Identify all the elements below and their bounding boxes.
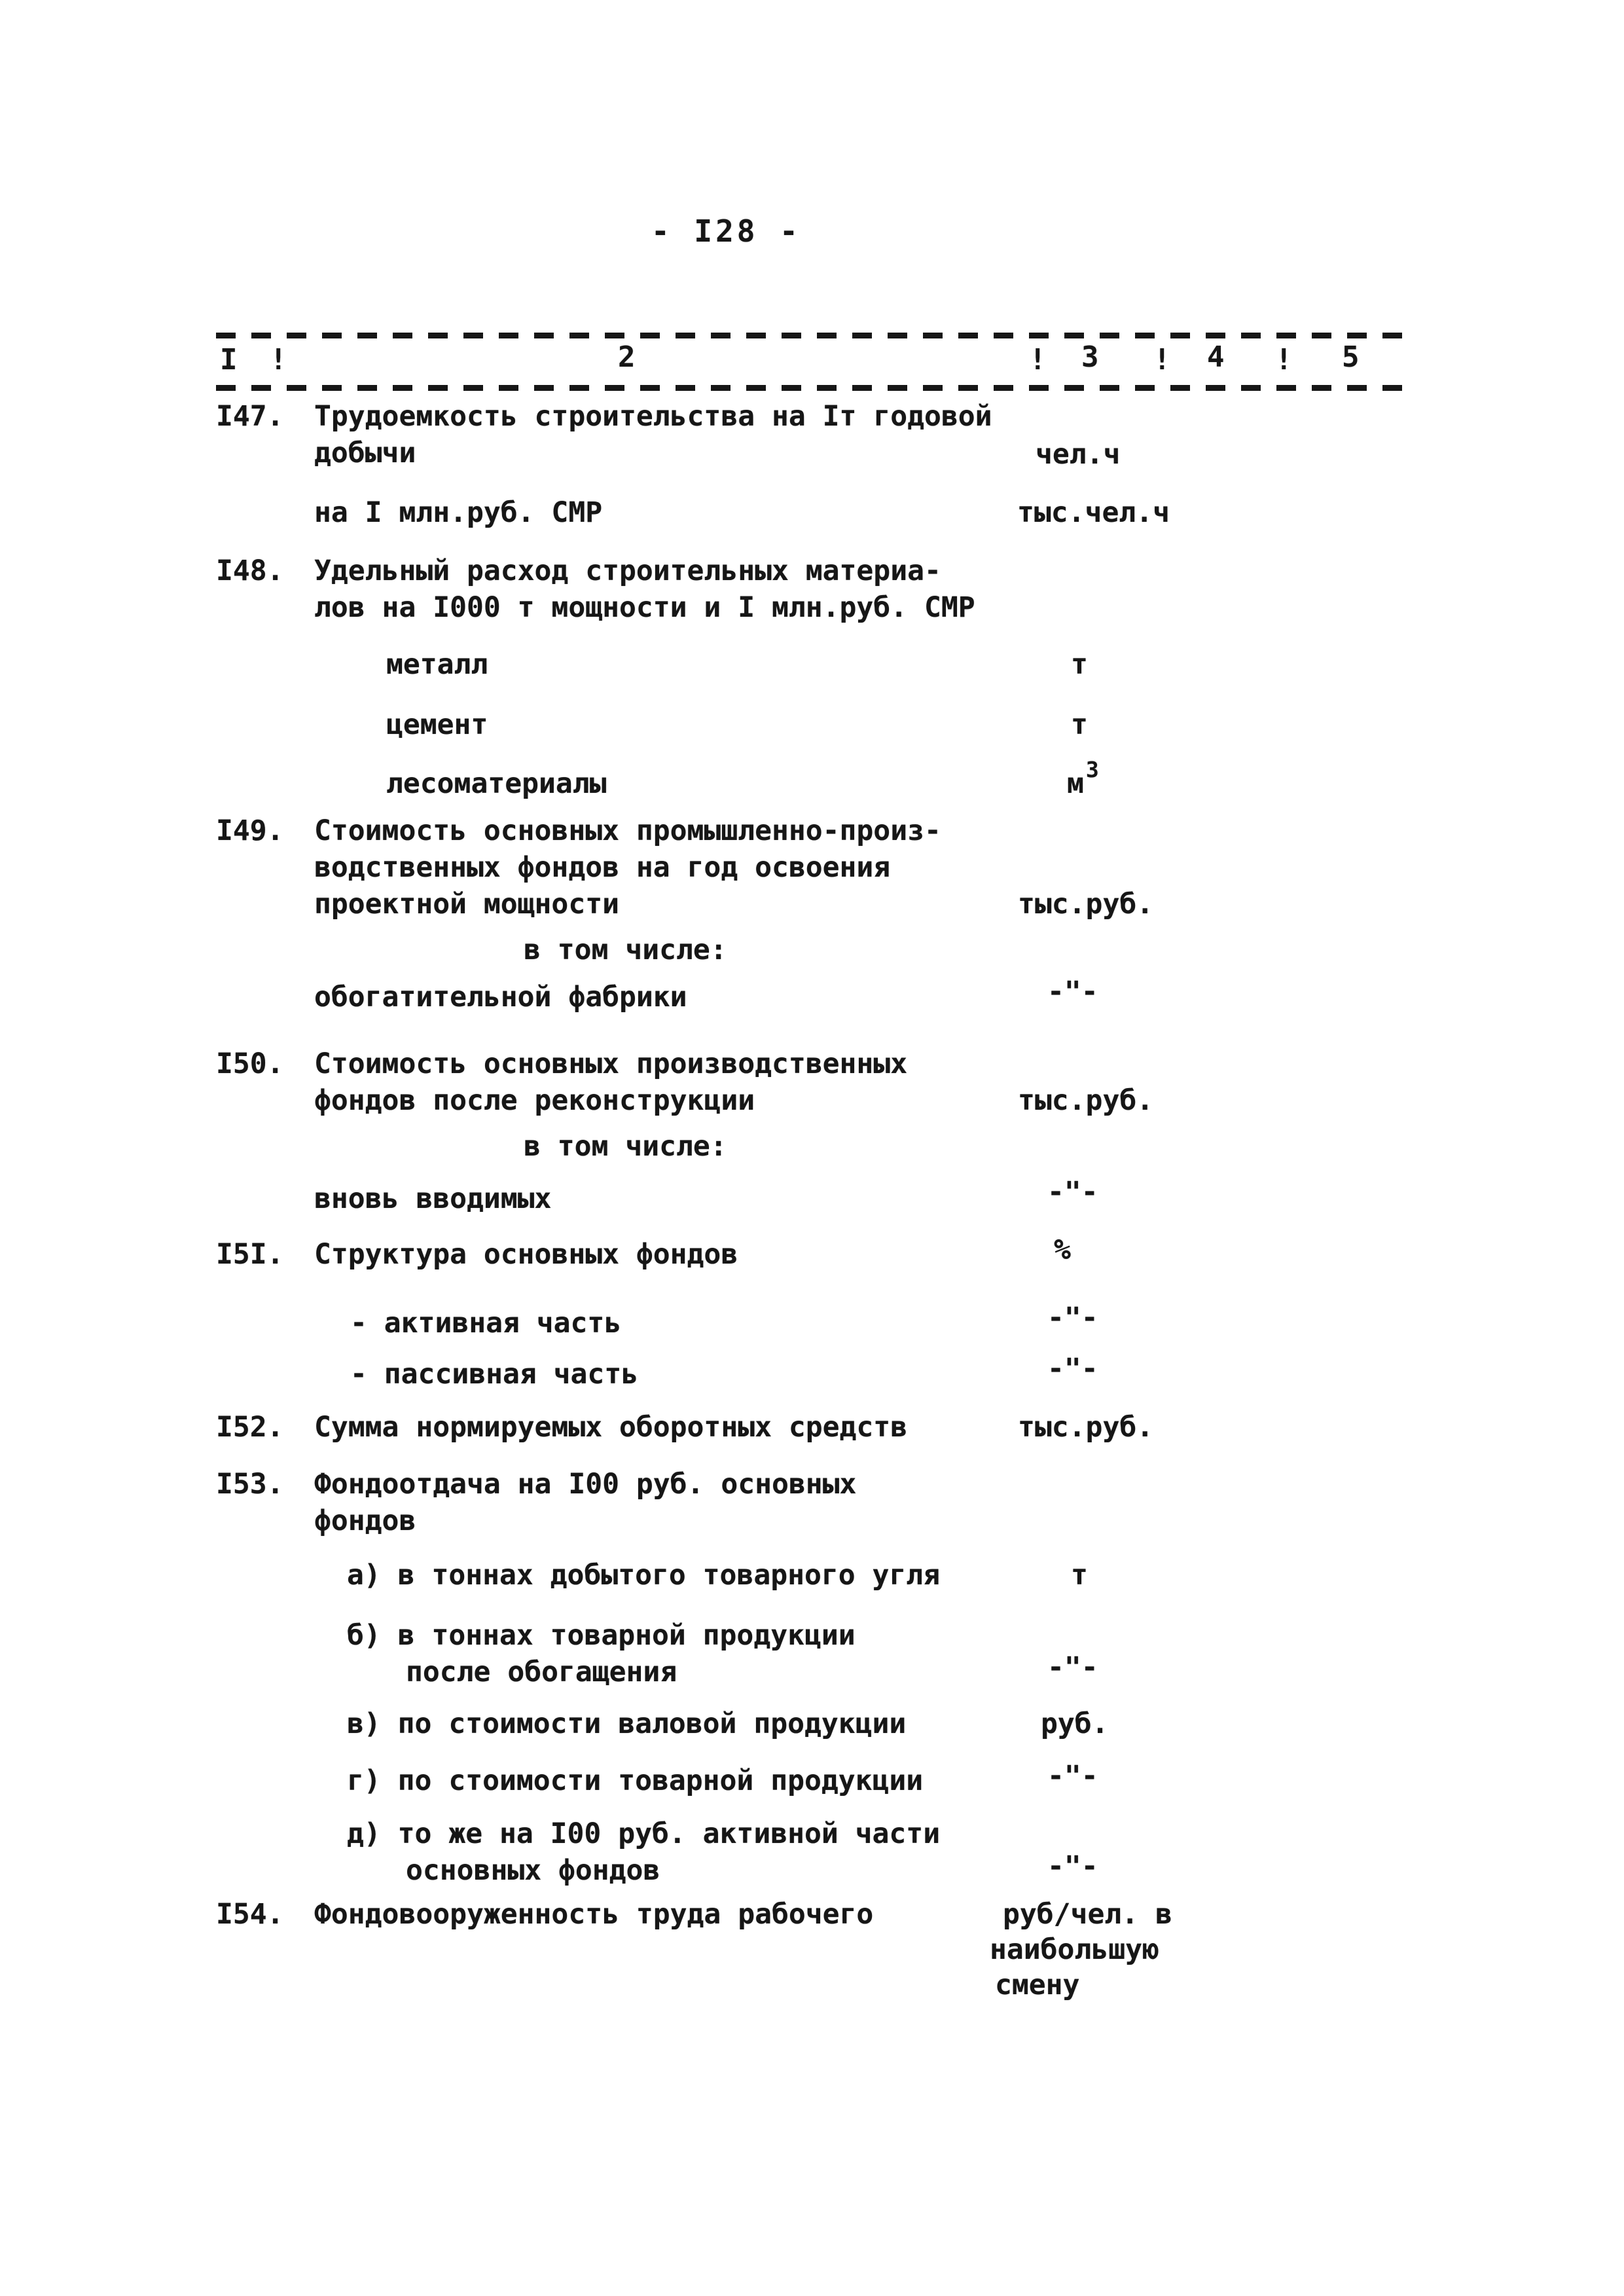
item-147b-unit: тыс.чел.ч — [1017, 499, 1170, 527]
subitem-new-funds-text: вновь вводимых — [314, 1185, 551, 1213]
subitem-a-unit: т — [1071, 1561, 1088, 1590]
column-label-5: 5 — [1342, 343, 1360, 372]
subitem-factory-unit: -"- — [1047, 978, 1098, 1006]
item-149-text: водственных фондов на год освоения — [314, 854, 890, 882]
page-number: - I28 - — [651, 216, 801, 246]
item-147-number: I47. — [216, 403, 284, 431]
subitem-v-unit: руб. — [1041, 1710, 1109, 1738]
item-152-number: I52. — [216, 1413, 284, 1442]
subitem-g-unit: -"- — [1047, 1762, 1098, 1791]
subitem-lumber-unit: м3 — [1067, 770, 1099, 798]
item-153-text: Фондоотдача на I00 руб. основных — [314, 1470, 856, 1499]
item-148-number: I48. — [216, 557, 284, 585]
subitem-metall-text: металл — [386, 651, 488, 679]
column-separator: ! — [1153, 346, 1171, 374]
subitem-new-funds-unit: -"- — [1047, 1178, 1098, 1207]
subitem-active-text: - активная часть — [350, 1309, 621, 1338]
item-149-text: Стоимость основных промышленно-произ- — [314, 817, 941, 845]
subitem-factory-text: обогатительной фабрики — [314, 983, 687, 1011]
subitem-b-unit: -"- — [1047, 1654, 1098, 1682]
item-147-unit: чел.ч — [1036, 441, 1120, 469]
subitem-passive-unit: -"- — [1047, 1355, 1098, 1383]
column-separator: ! — [1275, 346, 1293, 374]
subitem-d-unit: -"- — [1047, 1853, 1098, 1881]
including-label: в том числе: — [524, 936, 727, 964]
item-152-text: Сумма нормируемых оборотных средств — [314, 1413, 907, 1442]
item-149-unit: тыс.руб. — [1018, 890, 1153, 919]
subitem-g-text: г) по стоимости товарной продукции — [347, 1767, 923, 1795]
item-151-text: Структура основных фондов — [314, 1241, 738, 1269]
item-147-text: Трудоемкость строительства на Iт годовой — [314, 403, 992, 431]
column-separator: ! — [270, 346, 287, 374]
subitem-b-text: б) в тоннах товарной продукции — [347, 1622, 856, 1650]
subitem-metall-unit: т — [1071, 651, 1088, 679]
item-151-unit: % — [1054, 1236, 1071, 1264]
subitem-cement-text: цемент — [386, 711, 488, 739]
document-page: - I28 - I ! 2 ! 3 ! 4 ! 5 I47. Трудоемко… — [0, 0, 1624, 2296]
item-154-number: I54. — [216, 1901, 284, 1929]
item-154-unit: руб/чел. в — [1003, 1901, 1172, 1929]
column-label-4: 4 — [1207, 343, 1225, 372]
item-148-text: Удельный расход строительных материа- — [314, 557, 941, 585]
item-154-text: Фондовооруженность труда рабочего — [314, 1901, 873, 1929]
subitem-d-text: д) то же на I00 руб. активной части — [347, 1820, 940, 1848]
subitem-d-text: основных фондов — [406, 1857, 660, 1885]
item-147-text: добычи — [314, 439, 416, 467]
unit-base: м — [1067, 767, 1084, 800]
item-149-number: I49. — [216, 817, 284, 845]
item-147b-text: на I млн.руб. СМР — [314, 499, 602, 527]
unit-superscript: 3 — [1086, 759, 1099, 780]
subitem-passive-text: - пассивная часть — [350, 1360, 638, 1389]
item-148-text: лов на I000 т мощности и I млн.руб. СМР — [314, 594, 975, 622]
item-153-text: фондов — [314, 1507, 416, 1535]
column-label-2: 2 — [618, 343, 636, 372]
item-149-text: проектной мощности — [314, 890, 619, 919]
subitem-v-text: в) по стоимости валовой продукции — [347, 1710, 906, 1738]
item-150-text: Стоимость основных производственных — [314, 1050, 907, 1078]
table-header-dash-bottom — [216, 385, 1417, 391]
table-header-dash-top — [216, 333, 1417, 338]
subitem-cement-unit: т — [1071, 711, 1088, 739]
subitem-a-text: а) в тоннах добытого товарного угля — [347, 1561, 940, 1590]
item-150-number: I50. — [216, 1050, 284, 1078]
column-separator: ! — [1029, 346, 1047, 374]
item-150-unit: тыс.руб. — [1018, 1087, 1153, 1115]
item-153-number: I53. — [216, 1470, 284, 1499]
item-152-unit: тыс.руб. — [1018, 1413, 1153, 1442]
subitem-lumber-text: лесоматериалы — [386, 770, 607, 798]
column-label-1: I — [220, 346, 238, 374]
item-150-text: фондов после реконструкции — [314, 1087, 755, 1115]
including-label: в том числе: — [524, 1133, 727, 1161]
column-label-3: 3 — [1081, 343, 1099, 372]
subitem-b-text: после обогащения — [406, 1658, 677, 1686]
subitem-active-unit: -"- — [1047, 1304, 1098, 1332]
item-151-number: I5I. — [216, 1241, 284, 1269]
item-154-unit: наибольшую — [990, 1936, 1159, 1964]
item-154-unit: смену — [995, 1971, 1079, 1999]
